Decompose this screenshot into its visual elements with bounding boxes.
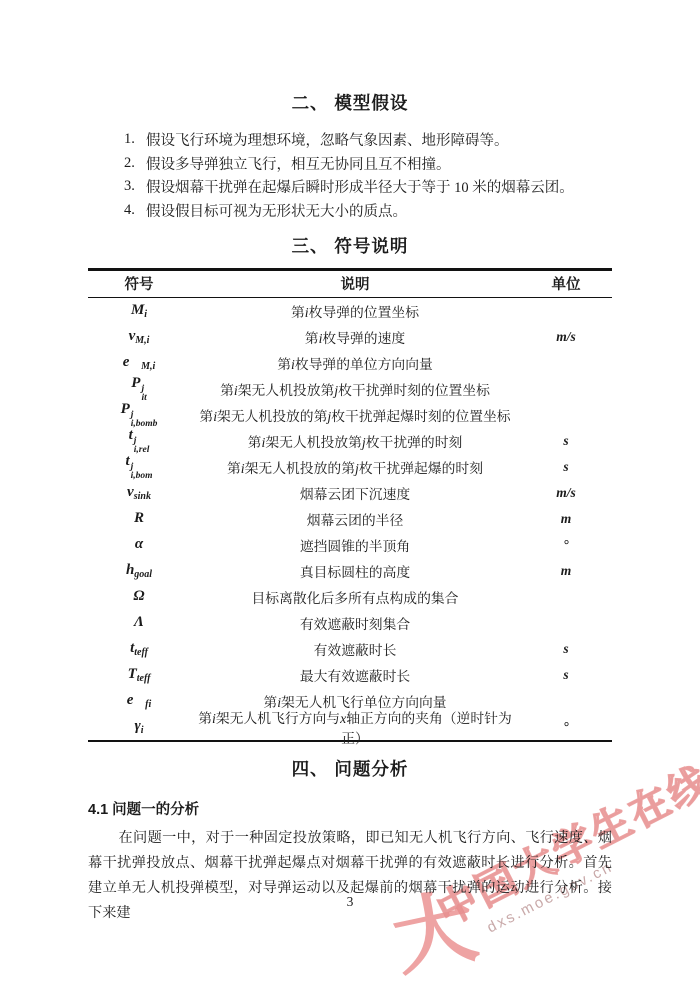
table-row: γi第i架无人机飞行方向与x轴正方向的夹角（逆时针为正）° [88,714,612,740]
cell-description: 烟幕云团的半径 [190,509,520,529]
assumption-number: 4. [124,202,146,219]
assumption-item: 2.假设多导弹独立飞行，相互无协同且互不相撞。 [124,152,614,176]
cell-symbol: tteff [88,640,190,658]
table-header-row: 符号 说明 单位 [88,271,612,297]
assumption-number: 2. [124,155,146,172]
assumption-list: 1.假设飞行环境为理想环境，忽略气象因素、地形障碍等。2.假设多导弹独立飞行，相… [124,128,614,222]
cell-description: 第i架无人机飞行方向与x轴正方向的夹角（逆时针为正） [190,707,520,747]
cell-symbol: Mi [88,302,190,320]
cell-description: 第i枚导弹的单位方向向量 [190,353,520,373]
assumption-text: 假设飞行环境为理想环境，忽略气象因素、地形障碍等。 [146,129,509,150]
cell-description: 最大有效遮蔽时长 [190,665,520,685]
table-row: tteff有效遮蔽时长s [88,636,612,662]
assumption-text: 假设多导弹独立飞行，相互无协同且互不相撞。 [146,153,451,174]
cell-unit: m [520,563,612,579]
cell-description: 真目标圆柱的高度 [190,561,520,581]
body-paragraph: 在问题一中，对于一种固定投放策略，即已知无人机飞行方向、飞行速度、烟幕干扰弹投放… [88,826,612,926]
cell-symbol: e⃗M,i [88,354,190,372]
cell-symbol: Pjit [88,375,190,403]
cell-symbol: α [88,536,190,553]
cell-symbol: tji,bom [88,453,190,481]
header-cell-unit: 单位 [520,273,612,294]
subsection-heading: 4.1 问题一的分析 [88,798,199,819]
table-row: Mi第i枚导弹的位置坐标 [88,298,612,324]
section-title-model-assumptions: 二、 模型假设 [0,90,700,115]
cell-symbol: Pji,bomb [88,401,190,429]
section-title-problem-analysis: 四、 问题分析 [0,756,700,781]
cell-description: 第i枚导弹的位置坐标 [190,301,520,321]
table-row: vsink烟幕云团下沉速度m/s [88,480,612,506]
symbol-table-body: Mi第i枚导弹的位置坐标vM,i第i枚导弹的速度m/se⃗M,i第i枚导弹的单位… [88,298,612,740]
section-title-symbol-description: 三、 符号说明 [0,233,700,258]
cell-description: 第i架无人机投放的第j枚干扰弹起爆时刻的位置坐标 [190,405,520,425]
table-row: Ω目标离散化后多所有点构成的集合 [88,584,612,610]
page-number: 3 [0,894,700,910]
table-row: Pji,bomb第i架无人机投放的第j枚干扰弹起爆时刻的位置坐标 [88,402,612,428]
cell-symbol: Λ [88,614,190,631]
cell-unit: s [520,641,612,657]
cell-symbol: vM,i [88,328,190,346]
cell-symbol: tji,rel [88,427,190,455]
cell-unit: ° [520,537,612,553]
cell-symbol: R [88,510,190,527]
header-cell-symbol: 符号 [88,273,190,294]
cell-symbol: e⃗fi [88,692,190,710]
cell-description: 第i枚导弹的速度 [190,327,520,347]
table-row: Λ有效遮蔽时刻集合 [88,610,612,636]
cell-description: 第i架无人机投放的第j枚干扰弹起爆的时刻 [190,457,520,477]
cell-description: 第i架无人机投放第j枚干扰弹时刻的位置坐标 [190,379,520,399]
table-row: Pjit第i架无人机投放第j枚干扰弹时刻的位置坐标 [88,376,612,402]
cell-description: 有效遮蔽时刻集合 [190,613,520,633]
cell-description: 遮挡圆锥的半顶角 [190,535,520,555]
cell-description: 烟幕云团下沉速度 [190,483,520,503]
cell-description: 有效遮蔽时长 [190,639,520,659]
table-row: vM,i第i枚导弹的速度m/s [88,324,612,350]
assumption-text: 假设假目标可视为无形状无大小的质点。 [146,200,407,221]
cell-description: 目标离散化后多所有点构成的集合 [190,587,520,607]
cell-symbol: vsink [88,484,190,502]
cell-unit: s [520,667,612,683]
cell-unit: ° [520,719,612,735]
symbol-table: 符号 说明 单位 Mi第i枚导弹的位置坐标vM,i第i枚导弹的速度m/se⃗M,… [88,268,612,742]
table-row: tji,bom第i架无人机投放的第j枚干扰弹起爆的时刻s [88,454,612,480]
cell-unit: s [520,433,612,449]
cell-unit: m/s [520,329,612,345]
cell-symbol: Ω [88,588,190,605]
cell-unit: s [520,459,612,475]
assumption-item: 4.假设假目标可视为无形状无大小的质点。 [124,199,614,223]
cell-unit: m/s [520,485,612,501]
table-row: e⃗M,i第i枚导弹的单位方向向量 [88,350,612,376]
table-row: Tteff最大有效遮蔽时长s [88,662,612,688]
assumption-text: 假设烟幕干扰弹在起爆后瞬时形成半径大于等于 10 米的烟幕云团。 [146,176,574,197]
table-row: hgoal真目标圆柱的高度m [88,558,612,584]
cell-description: 第i架无人机投放第j枚干扰弹的时刻 [190,431,520,451]
table-row: R烟幕云团的半径m [88,506,612,532]
assumption-item: 1.假设飞行环境为理想环境，忽略气象因素、地形障碍等。 [124,128,614,152]
cell-symbol: hgoal [88,562,190,580]
header-cell-description: 说明 [190,273,520,294]
assumption-item: 3.假设烟幕干扰弹在起爆后瞬时形成半径大于等于 10 米的烟幕云团。 [124,175,614,199]
table-row: tji,rel第i架无人机投放第j枚干扰弹的时刻s [88,428,612,454]
assumption-number: 1. [124,131,146,148]
cell-symbol: Tteff [88,666,190,684]
table-row: α遮挡圆锥的半顶角° [88,532,612,558]
assumption-number: 3. [124,178,146,195]
cell-symbol: γi [88,718,190,736]
cell-unit: m [520,511,612,527]
page: { "section2": { "title": "二、 模型假设", "ite… [0,0,700,989]
